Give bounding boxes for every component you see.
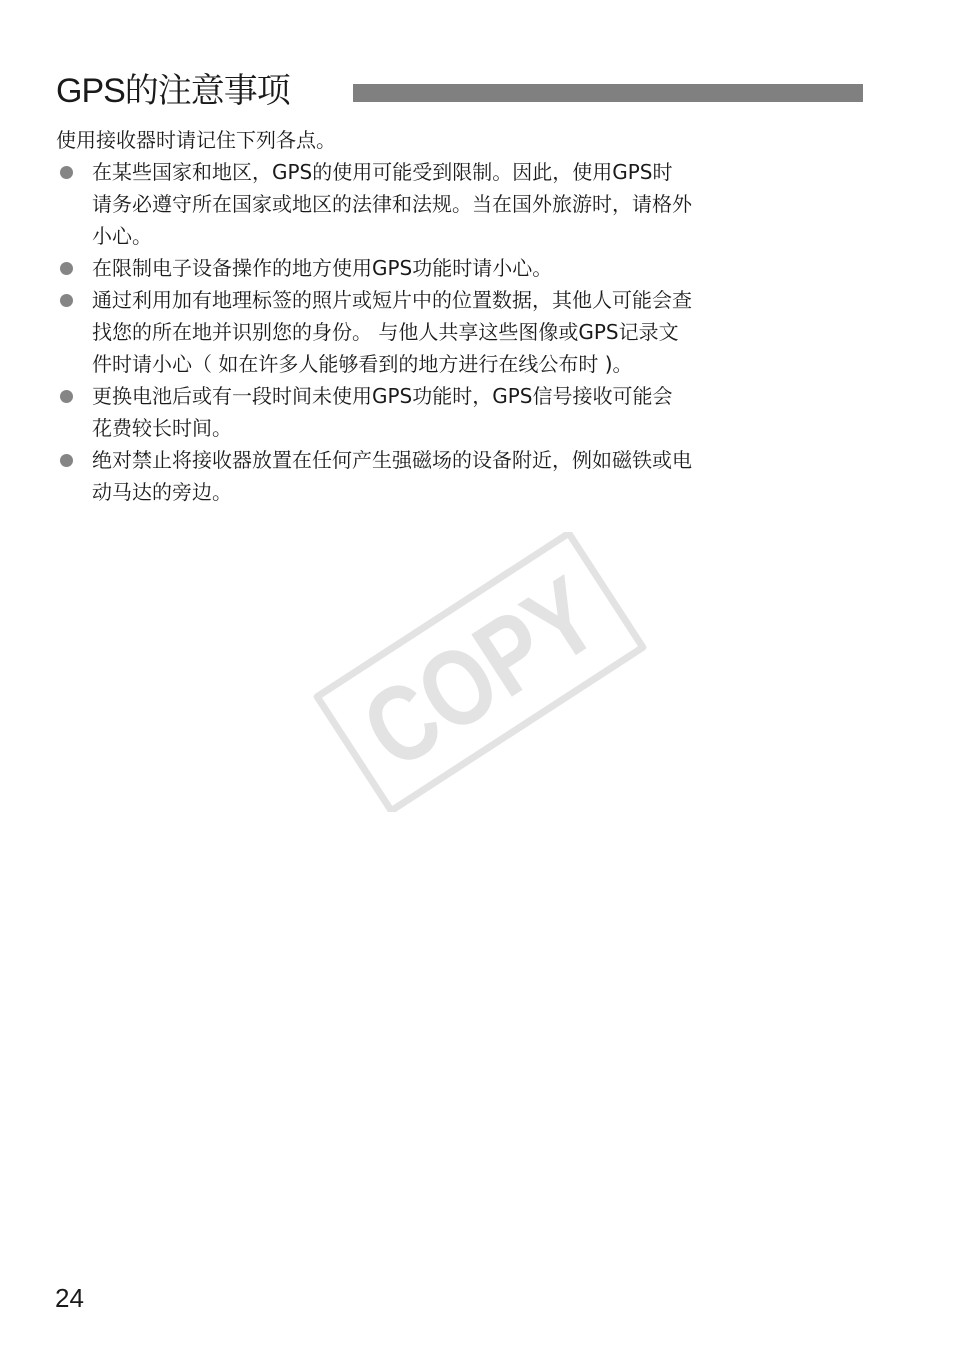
list-item: 更换电池后或有一段时间未使用GPS功能时，GPS信号接收可能会 花费较长时间。 bbox=[56, 380, 866, 444]
page-number: 24 bbox=[55, 1282, 84, 1314]
item-line: 请务必遵守所在国家或地区的法律和法规。当在国外旅游时，请格外 bbox=[92, 188, 866, 220]
list-item: 通过利用加有地理标签的照片或短片中的位置数据，其他人可能会查 找您的所在地并识别… bbox=[56, 284, 866, 380]
bullet-dot-icon bbox=[60, 262, 73, 275]
item-line: 更换电池后或有一段时间未使用GPS功能时，GPS信号接收可能会 bbox=[92, 380, 866, 412]
list-item: 绝对禁止将接收器放置在任何产生强磁场的设备附近，例如磁铁或电 动马达的旁边。 bbox=[56, 444, 866, 508]
item-line: 小心。 bbox=[92, 220, 866, 252]
bullet-dot-icon bbox=[60, 390, 73, 403]
item-line: 在某些国家和地区，GPS的使用可能受到限制。因此，使用GPS时 bbox=[92, 156, 866, 188]
copy-watermark: COPY bbox=[310, 532, 650, 812]
item-line: 在限制电子设备操作的地方使用GPS功能时请小心。 bbox=[92, 252, 866, 284]
list-item: 在限制电子设备操作的地方使用GPS功能时请小心。 bbox=[56, 252, 866, 284]
item-line: 找您的所在地并识别您的身份。 与他人共享这些图像或GPS记录文 bbox=[92, 316, 866, 348]
item-line: 绝对禁止将接收器放置在任何产生强磁场的设备附近，例如磁铁或电 bbox=[92, 444, 866, 476]
section-heading: GPS的注意事项 bbox=[56, 68, 864, 114]
caution-list: 在某些国家和地区，GPS的使用可能受到限制。因此，使用GPS时 请务必遵守所在国… bbox=[56, 156, 866, 508]
bullet-dot-icon bbox=[60, 454, 73, 467]
item-line: 动马达的旁边。 bbox=[92, 476, 866, 508]
page-title: GPS的注意事项 bbox=[56, 68, 290, 114]
item-line: 花费较长时间。 bbox=[92, 412, 866, 444]
bullet-dot-icon bbox=[60, 166, 73, 179]
intro-text: 使用接收器时请记住下列各点。 bbox=[56, 124, 336, 156]
list-item: 在某些国家和地区，GPS的使用可能受到限制。因此，使用GPS时 请务必遵守所在国… bbox=[56, 156, 866, 252]
item-line: 通过利用加有地理标签的照片或短片中的位置数据，其他人可能会查 bbox=[92, 284, 866, 316]
item-line: 件时请小心（ 如在许多人能够看到的地方进行在线公布时 )。 bbox=[92, 348, 866, 380]
title-decorative-bar bbox=[353, 84, 863, 102]
bullet-dot-icon bbox=[60, 294, 73, 307]
